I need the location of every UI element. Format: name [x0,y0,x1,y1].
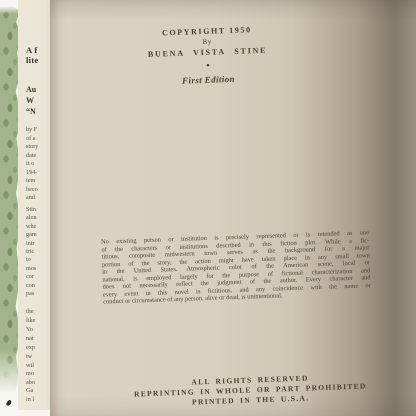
fiction-disclaimer-paragraph: No existing person or institution is pre… [101,229,371,306]
copyright-page-content: COPYRIGHT 1950 By BUENA VISTA STINE ● Fi… [43,0,416,416]
rights-reserved-block: ALL RIGHTS RESERVED REPRINTING IN WHOLE … [80,370,416,411]
copyright-page: COPYRIGHT 1950 By BUENA VISTA STINE ● Fi… [50,0,416,416]
copyright-notice-block: COPYRIGHT 1950 By BUENA VISTA STINE ● Fi… [44,21,372,90]
book-photo: A f lite Au W “N by F of a story date it… [0,0,416,416]
dust-speck [6,399,13,406]
